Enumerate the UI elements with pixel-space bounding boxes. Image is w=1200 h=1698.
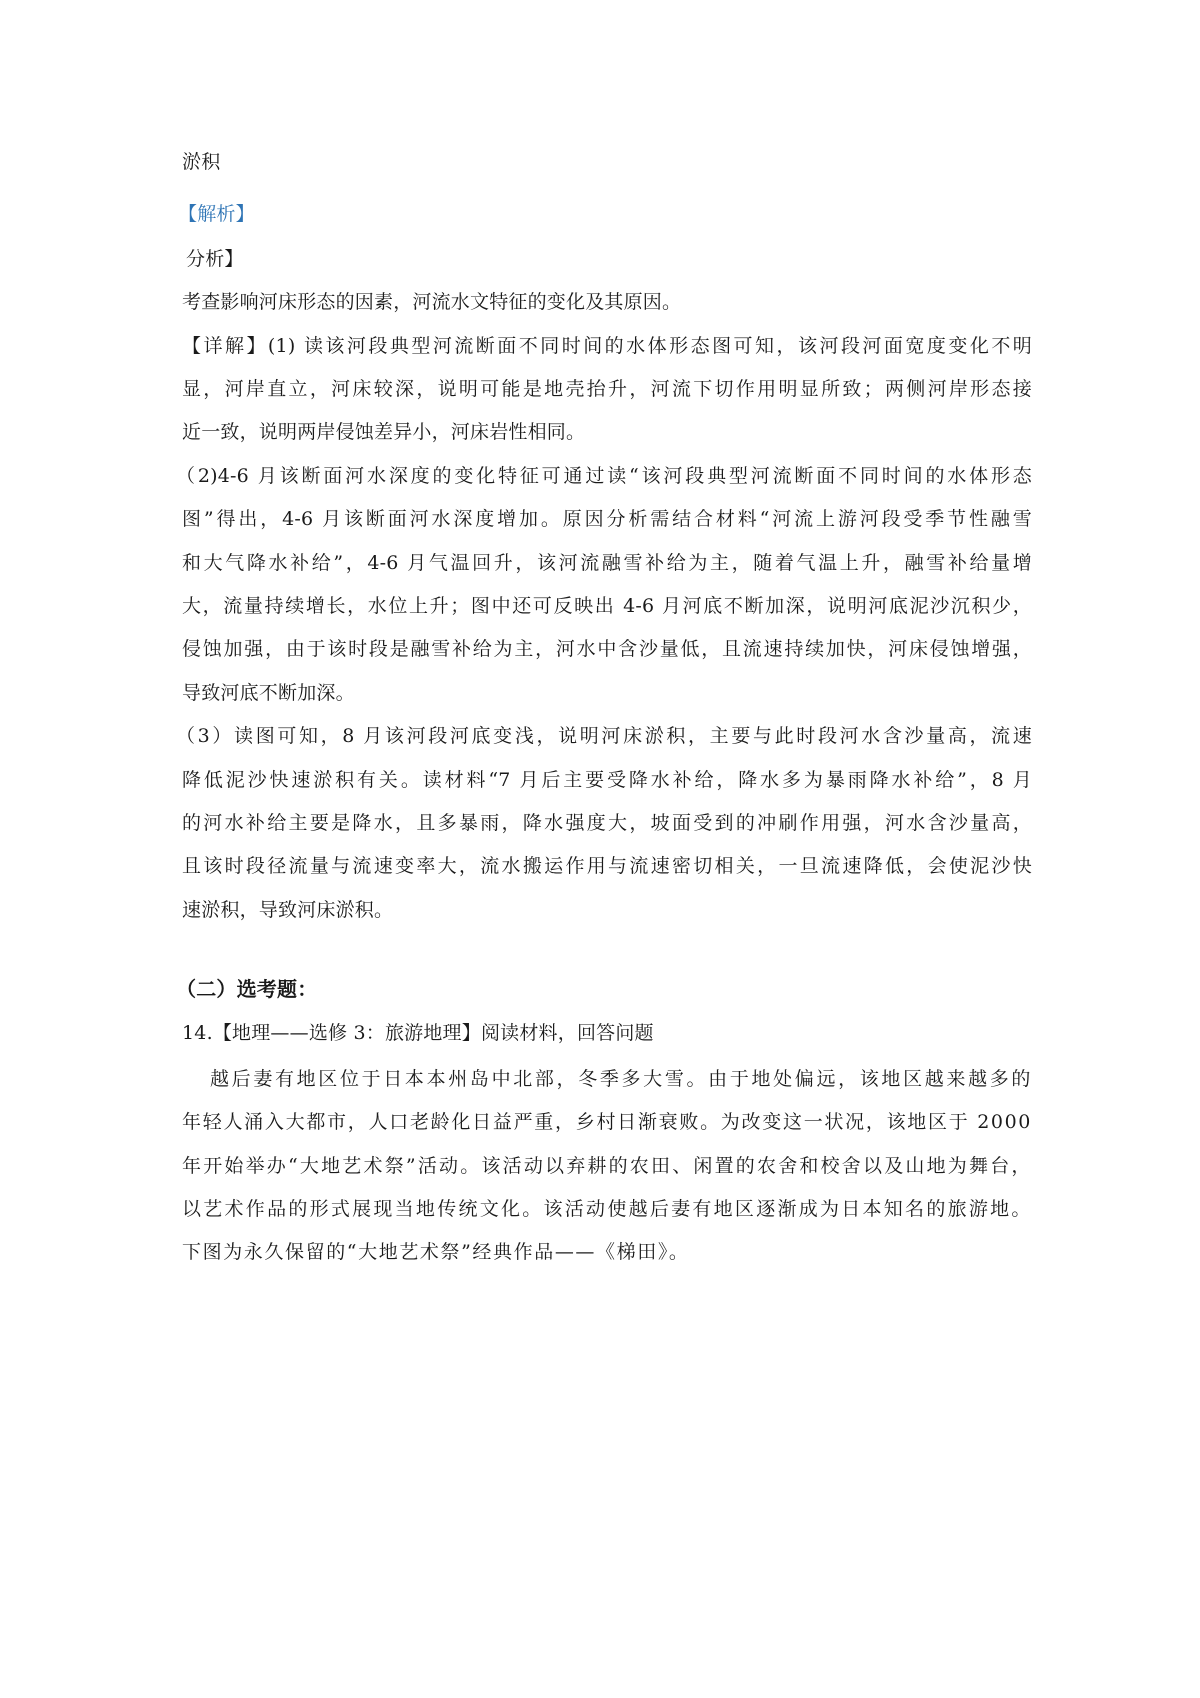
analysis-summary: 考查影响河床形态的因素，河流水文特征的变化及其原因。 [182, 290, 1032, 314]
detail-line-4: （2)4-6 月该断面河水深度的变化特征可通过读“该河段典型河流断面不同时间的水… [176, 464, 1032, 488]
material-line-3: 年开始举办“大地艺术祭”活动。该活动以弃耕的农田、闲置的农舍和校舍以及山地为舞台… [182, 1154, 1032, 1178]
detail-line-12: 的河水补给主要是降水，且多暴雨，降水强度大，坡面受到的冲刷作用强，河水含沙量高， [182, 811, 1032, 835]
material-line-5: 下图为永久保留的“大地艺术祭”经典作品——《梯田》。 [182, 1240, 1032, 1264]
detail-line-1: 【详解】(1) 读该河段典型河流断面不同时间的水体形态图可知，该河段河面宽度变化… [182, 334, 1032, 358]
answer-tail-text: 淤积 [182, 150, 1032, 174]
detail-line-8: 侵蚀加强，由于该时段是融雪补给为主，河水中含沙量低，且流速持续加快，河床侵蚀增强… [182, 637, 1032, 661]
detail-line-2: 显，河岸直立，河床较深，说明可能是地壳抬升，河流下切作用明显所致；两侧河岸形态接 [182, 377, 1032, 401]
detail-line-5: 图”得出，4-6 月该断面河水深度增加。原因分析需结合材料“河流上游河段受季节性… [182, 507, 1032, 531]
detail-line-6: 和大气降水补给”，4-6 月气温回升，该河流融雪补给为主，随着气温上升，融雪补给… [182, 551, 1032, 575]
analysis-header: 【解析】 [178, 202, 1028, 226]
section-title-elective: （二）选考题： [176, 977, 1026, 1001]
detail-line-9: 导致河底不断加深。 [182, 681, 1032, 705]
detail-line-11: 降低泥沙快速淤积有关。读材料“7 月后主要受降水补给，降水多为暴雨降水补给”，8… [182, 768, 1032, 792]
document-page: 淤积 【解析】 分析】 考查影响河床形态的因素，河流水文特征的变化及其原因。 【… [0, 0, 1200, 1698]
material-line-4: 以艺术作品的形式展现当地传统文化。该活动使越后妻有地区逐渐成为日本知名的旅游地。 [182, 1197, 1032, 1221]
detail-line-13: 且该时段径流量与流速变率大，流水搬运作用与流速密切相关，一旦流速降低，会使泥沙快 [182, 854, 1032, 878]
detail-line-7: 大，流量持续增长，水位上升；图中还可反映出 4-6 月河底不断加深，说明河底泥沙… [182, 594, 1032, 618]
material-line-1: 越后妻有地区位于日本本州岛中北部，冬季多大雪。由于地处偏远，该地区越来越多的 [210, 1067, 1032, 1091]
detail-line-3: 近一致，说明两岸侵蚀差异小，河床岩性相同。 [182, 420, 1032, 444]
question-14-header: 14.【地理——选修 3：旅游地理】阅读材料，回答问题 [182, 1021, 1032, 1045]
analysis-subheader: 分析】 [186, 247, 1036, 271]
detail-line-10: （3）读图可知，8 月该河段河底变浅，说明河床淤积，主要与此时段河水含沙量高，流… [176, 724, 1032, 748]
detail-line-14: 速淤积，导致河床淤积。 [182, 898, 1032, 922]
material-line-2: 年轻人涌入大都市，人口老龄化日益严重，乡村日渐衰败。为改变这一状况，该地区于 2… [182, 1110, 1032, 1134]
